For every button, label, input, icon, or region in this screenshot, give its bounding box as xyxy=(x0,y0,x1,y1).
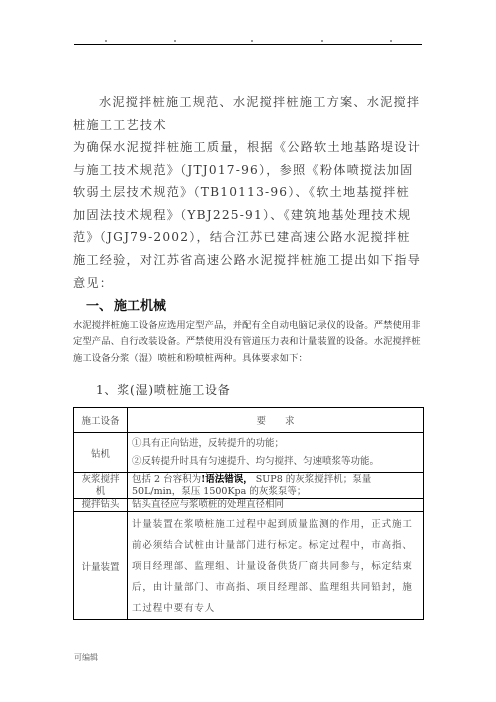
subsection-title: 1、浆(湿)喷桩施工设备 xyxy=(96,381,231,398)
table-row: 灰浆搅拌机 包括 2 台容积为!语法错误， SUP8 的灰浆搅拌机；泵量 50L… xyxy=(74,473,424,499)
table-row: 钻机 ①具有正向钻进，反转提升的功能； ②反转提升时具有匀速提升、均匀搅拌、匀速… xyxy=(74,433,424,473)
requirement-line: ①具有正向钻进，反转提升的功能； xyxy=(132,435,419,453)
requirements-table: 施工设备 要 求 钻机 ①具有正向钻进，反转提升的功能； ②反转提升时具有匀速提… xyxy=(73,407,424,620)
header-equipment: 施工设备 xyxy=(74,408,128,433)
header-dot xyxy=(251,40,253,42)
header-dot xyxy=(321,40,323,42)
document-title: 水泥搅拌桩施工规范、水泥搅拌桩施工方案、水泥搅拌桩施工工艺技术 xyxy=(73,91,423,136)
cell-requirements: 包括 2 台容积为!语法错误， SUP8 的灰浆搅拌机；泵量 50L/min，泵… xyxy=(128,473,424,499)
requirement-text: 包括 2 台容积为 xyxy=(132,474,201,485)
header-dot xyxy=(105,40,107,42)
cell-requirements: ①具有正向钻进，反转提升的功能； ②反转提升时具有匀速提升、均匀搅拌、匀速喷浆等… xyxy=(128,433,424,473)
cell-requirements: 计量装置在浆喷桩施工过程中起到质量监测的作用，正式施工前必须结合试桩由计量部门进… xyxy=(128,512,424,620)
table-row: 计量装置 计量装置在浆喷桩施工过程中起到质量监测的作用，正式施工前必须结合试桩由… xyxy=(74,512,424,620)
section-number: 一、 xyxy=(86,295,114,314)
header-requirements: 要 求 xyxy=(128,408,424,433)
table-header-row: 施工设备 要 求 xyxy=(74,408,424,433)
syntax-error-field: !语法错误， xyxy=(201,474,253,485)
header-rule xyxy=(74,44,422,45)
section-body: 水泥搅拌桩施工设备应选用定型产品，并配有全自动电脑记录仪的设备。严禁使用非定型产… xyxy=(73,318,425,367)
table-row: 搅拌钻头 钻头直径应与浆喷桩的处理直径相同 xyxy=(74,499,424,512)
cell-requirements: 钻头直径应与浆喷桩的处理直径相同 xyxy=(128,499,424,512)
intro-paragraph: 为确保水泥搅拌桩施工质量，根据《公路软土地基路堤设计与施工技术规范》（JTJ01… xyxy=(73,136,423,294)
cell-equipment: 计量装置 xyxy=(74,512,128,620)
requirement-line: ②反转提升时具有匀速提升、均匀搅拌、匀速喷浆等功能。 xyxy=(132,453,419,471)
cell-equipment: 灰浆搅拌机 xyxy=(74,473,128,499)
section-heading: 一、施工机械 xyxy=(86,295,166,314)
section-title: 施工机械 xyxy=(114,299,166,314)
header-dot xyxy=(174,40,176,42)
footer-label: 可编辑 xyxy=(74,652,98,663)
cell-equipment: 钻机 xyxy=(74,433,128,473)
header-dot xyxy=(390,40,392,42)
cell-equipment: 搅拌钻头 xyxy=(74,499,128,512)
